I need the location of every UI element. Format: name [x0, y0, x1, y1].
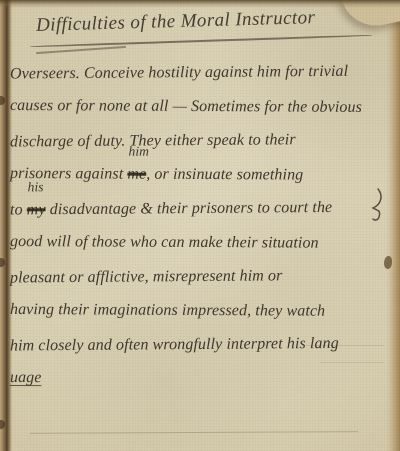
text-line-3: discharge of duty. They either speak to …: [10, 123, 388, 160]
body-text: Overseers. Conceive hostility against hi…: [10, 56, 388, 396]
text-line-10: uage: [10, 361, 388, 397]
line4-edit: mehim: [127, 158, 146, 192]
line4-after: , or insinuate something: [146, 166, 303, 184]
struck-word: my: [27, 201, 46, 218]
text-line-1: Overseers. Conceive hostility against hi…: [10, 55, 388, 92]
text-line-9: him closely and often wrongfully interpr…: [10, 327, 388, 364]
manuscript-page: Difficulties of the Moral Instructor Ove…: [0, 0, 400, 451]
pen-flourish-icon: [366, 188, 384, 222]
text-line-4: prisoners against mehim, or insinuate so…: [10, 157, 388, 193]
text-line-7: pleasant or afflictive, misrepresent him…: [10, 259, 388, 296]
title-underline-flourish: [36, 46, 126, 54]
line5-after: disadvantage & their prisoners to court …: [46, 199, 333, 218]
text-line-6: good will of those who can make their si…: [10, 225, 388, 261]
handwritten-content: Difficulties of the Moral Instructor Ove…: [0, 0, 400, 451]
page-title: Difficulties of the Moral Instructor: [36, 5, 386, 37]
struck-word: me: [127, 166, 146, 183]
underlined-word: uage: [10, 369, 42, 386]
text-line-8: having their imaginations impressed, the…: [10, 293, 388, 329]
line5-edit: myhis: [27, 193, 46, 227]
inserted-word: his: [28, 180, 44, 194]
inserted-word: him: [128, 145, 149, 159]
title-underline: [30, 34, 372, 47]
text-line-5: to myhis disadvantage & their prisoners …: [10, 191, 388, 228]
text-line-2: causes or for none at all — Sometimes fo…: [10, 89, 388, 125]
line5-before: to: [10, 201, 27, 218]
